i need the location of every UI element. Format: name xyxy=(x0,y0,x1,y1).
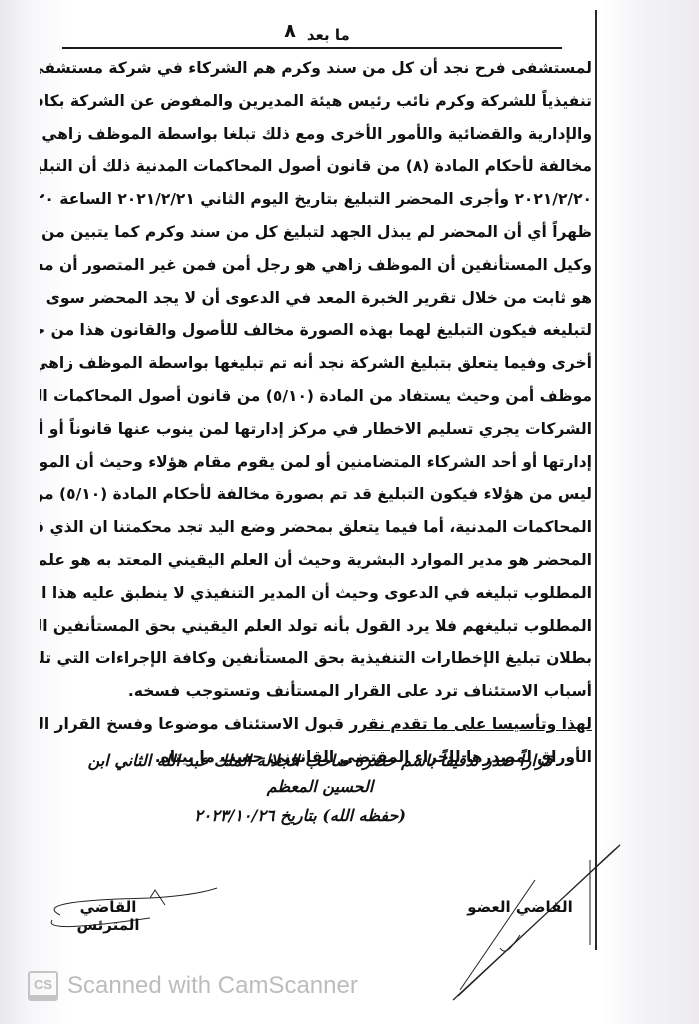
member-judge-signature: القاضي العضو xyxy=(465,898,575,916)
margin-rule xyxy=(595,10,597,950)
ruling-text: قبول الاستئناف موضوعا وفسخ القرار المستأ… xyxy=(40,715,344,733)
watermark-text: Scanned with CamScanner xyxy=(67,972,358,1000)
presiding-judge-signature: القاضي المترئس xyxy=(48,898,168,934)
body-line: المطلوب تبليغه في الدعوى وحيث أن المدير … xyxy=(40,577,592,610)
body-line: بطلان تبليغ الإخطارات التنفيذية بحق المس… xyxy=(40,642,592,675)
page-number: ٨ xyxy=(284,20,296,42)
body-line: ليس من هؤلاء فيكون التبليغ قد تم بصورة م… xyxy=(40,478,592,511)
body-line: تنفيذياً للشركة وكرم نائب رئيس هيئة المد… xyxy=(40,85,592,118)
body-line: وكيل المستأنفين أن الموظف زاهي هو رجل أم… xyxy=(40,249,592,282)
camscanner-watermark: CS Scanned with CamScanner xyxy=(28,968,358,1004)
body-line: ٢٠٢١/٢/٢٠ وأجرى المحضر التبليغ بتاريخ ال… xyxy=(40,183,592,216)
body-line: أخرى وفيما يتعلق بتبليغ الشركة نجد أنه ت… xyxy=(40,347,592,380)
body-line: أسباب الاستئناف ترد على القرار المستأنف … xyxy=(40,675,592,708)
ruling-line: لهذا وتأسيسا على ما تقدم نقرر قبول الاست… xyxy=(40,708,592,741)
royal-decree-line: قراراً صدر تدقيقاً باسم حضرة صاحب الجلال… xyxy=(60,748,580,800)
body-line: المحاكمات المدنية، أما فيما يتعلق بمحضر … xyxy=(40,511,592,544)
ruling-lead: لهذا وتأسيسا على ما تقدم نقرر xyxy=(349,715,592,733)
judgment-body: لمستشفى فرح نجد أن كل من سند وكرم هم الش… xyxy=(40,52,592,774)
camscanner-logo-icon: CS xyxy=(28,971,58,1001)
page-header: ما بعد ٨ xyxy=(40,20,594,48)
body-line: إدارتها أو أحد الشركاء المتضامنين أو لمن… xyxy=(40,446,592,479)
body-line: والإدارية والقضائية والأمور الأخرى ومع ذ… xyxy=(40,118,592,151)
body-line: المحضر هو مدير الموارد البشرية وحيث أن ا… xyxy=(40,544,592,577)
body-line: المطلوب تبليغهم فلا يرد القول بأنه تولد … xyxy=(40,610,592,643)
body-line: هو ثابت من خلال تقرير الخبرة المعد في ال… xyxy=(40,282,592,315)
body-line: الشركات يجري تسليم الاخطار في مركز إدارت… xyxy=(40,413,592,446)
body-line: ظهراً أي أن المحضر لم يبذل الجهد لتبليغ … xyxy=(40,216,592,249)
header-divider xyxy=(62,47,562,49)
decree-date: (حفظه الله) بتاريخ ٢٠٢٣/١٠/٢٦ xyxy=(150,806,450,825)
body-line: لتبليغه فيكون التبليغ لهما بهذه الصورة م… xyxy=(40,314,592,347)
body-line: موظف أمن وحيث يستفاد من المادة (٥/١٠) من… xyxy=(40,380,592,413)
page-continuation-label: ما بعد xyxy=(307,26,350,44)
body-line: مخالفة لأحكام المادة (٨) من قانون أصول ا… xyxy=(40,150,592,183)
scanned-document-page: ما بعد ٨ لمستشفى فرح نجد أن كل من سند وك… xyxy=(0,0,699,1024)
body-line: لمستشفى فرح نجد أن كل من سند وكرم هم الش… xyxy=(40,52,592,85)
